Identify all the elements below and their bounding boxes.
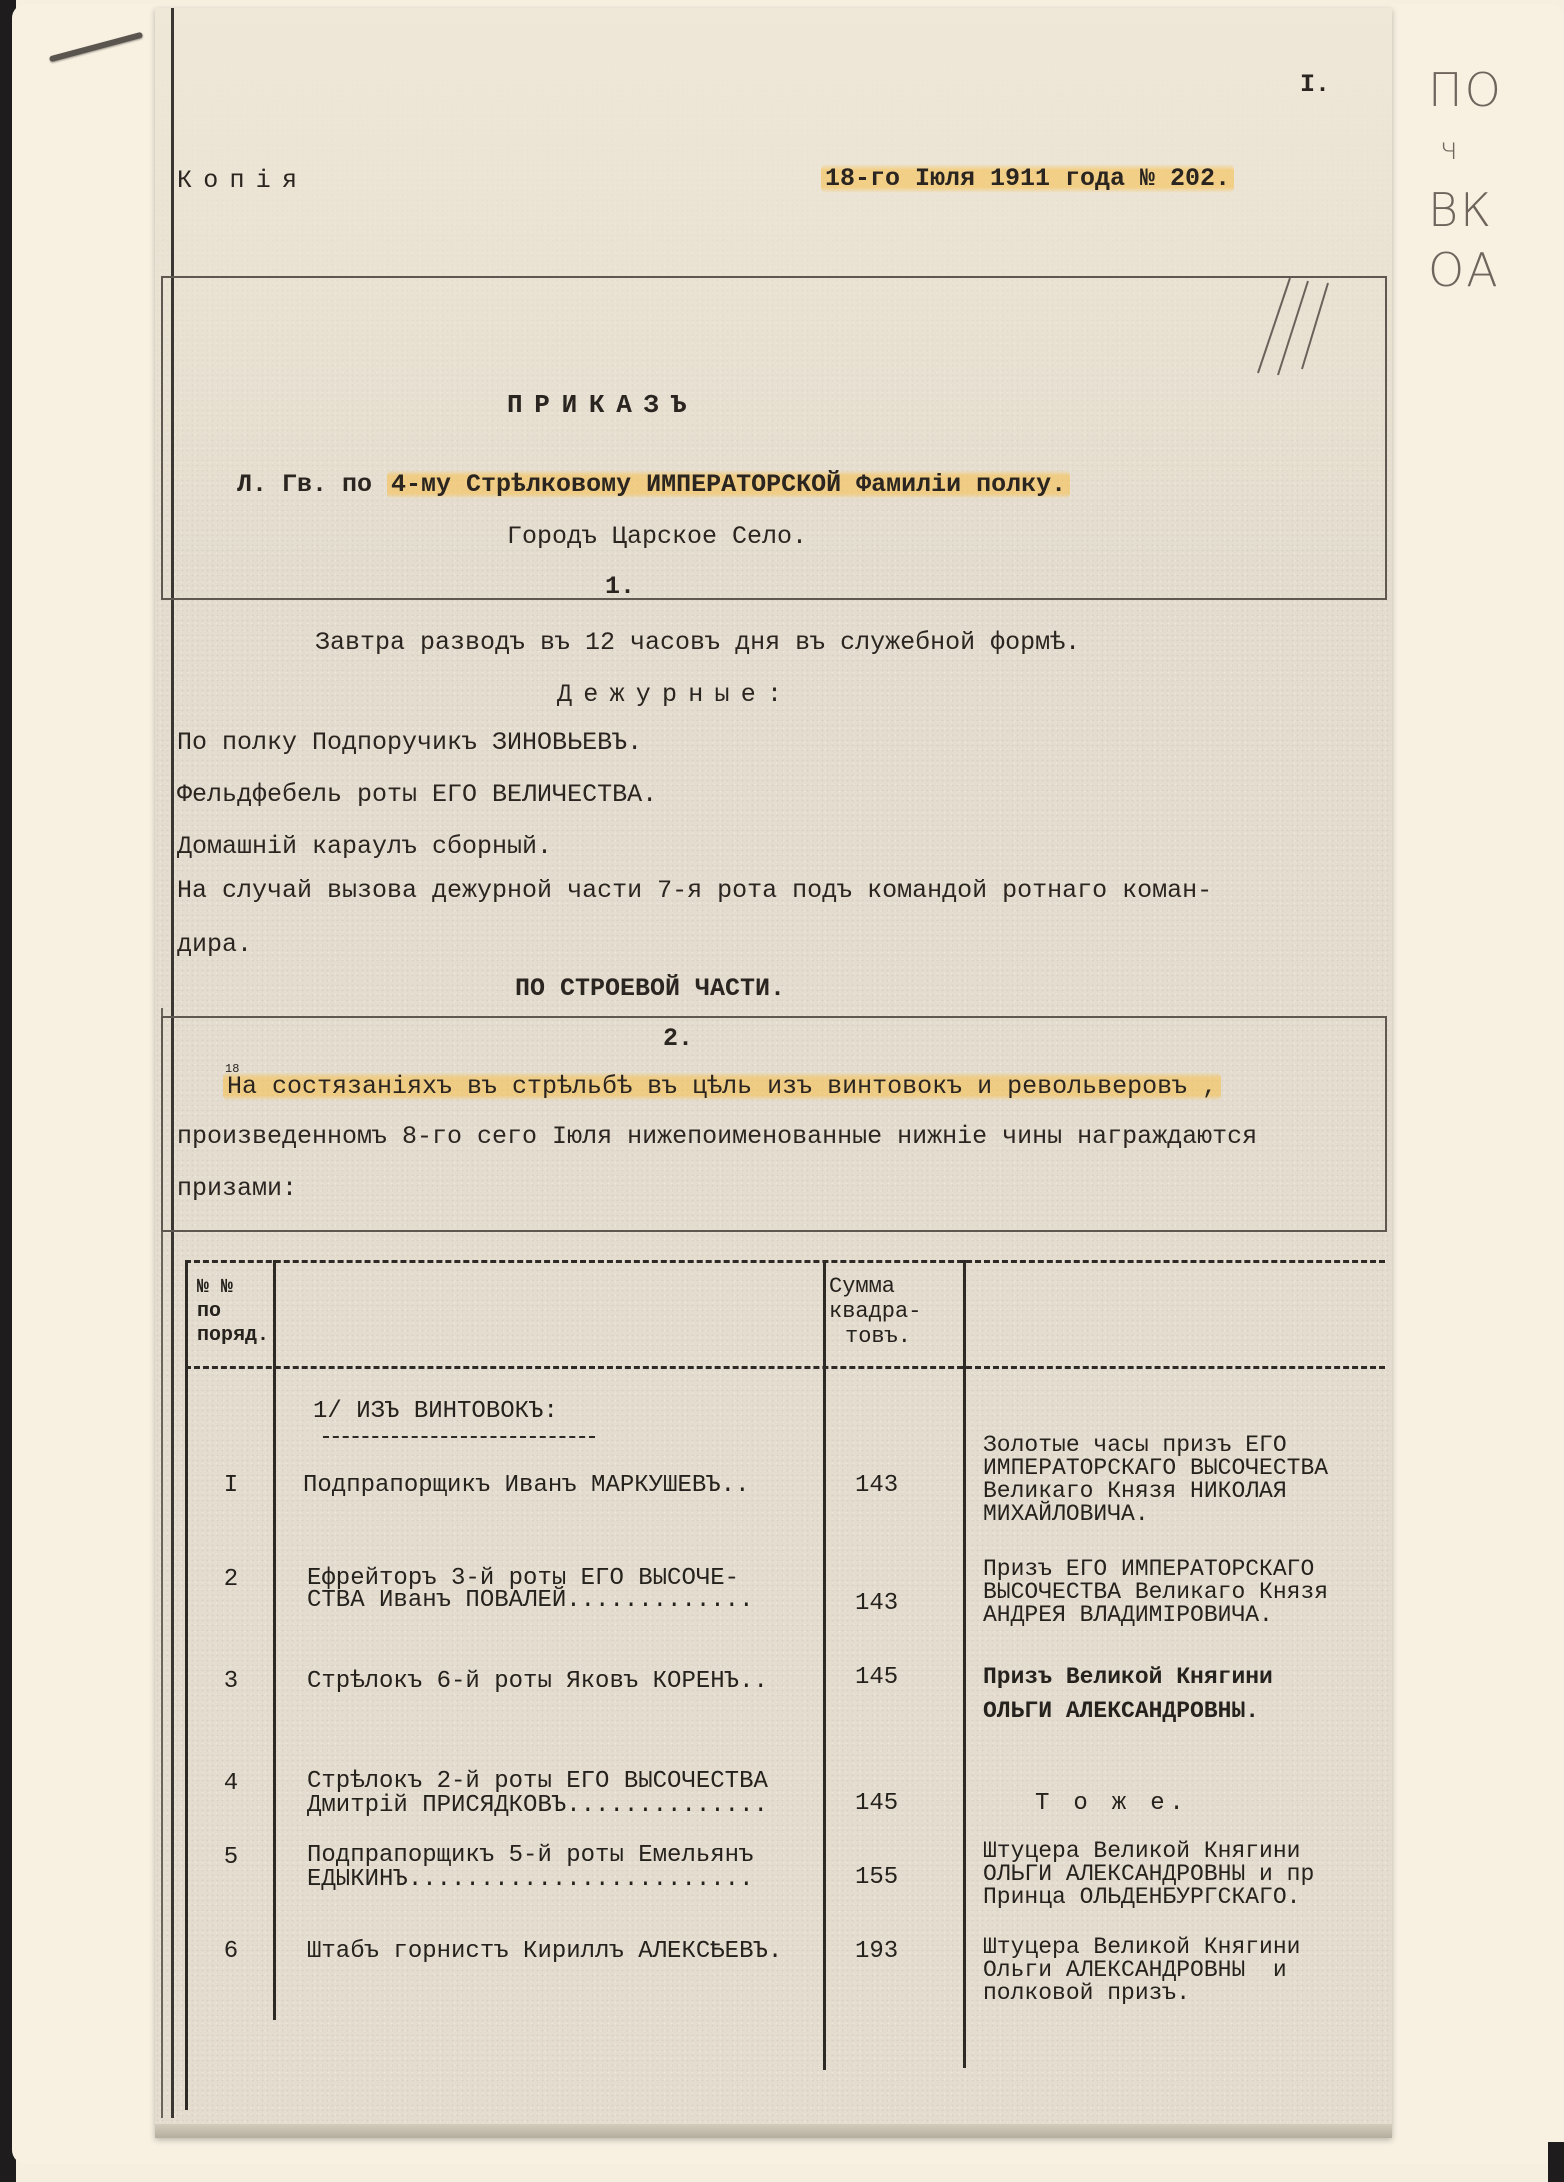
row-name: Стрѣлокъ 6-й роты Яковъ КОРЕНЪ..	[307, 1668, 768, 1695]
row-prize: Призъ Великой Княгини ОЛЬГИ АЛЕКСАНДРОВН…	[983, 1660, 1273, 1728]
row-name: Ефрейторъ 3-й роты ЕГО ВЫСОЧЕ- СТВА Иван…	[307, 1568, 753, 1612]
row-name: Подпрапорщикъ Иванъ МАРКУШЕВЪ..	[303, 1472, 749, 1499]
row-prize: Штуцера Великой Княгини Ольги АЛЕКСАНДРО…	[983, 1936, 1300, 2005]
duty-heading: Дежурные:	[557, 680, 793, 710]
order-date-text: 18-го Іюля 1911 года № 202.	[821, 164, 1234, 193]
sheet-bottom-edge	[155, 2124, 1392, 2138]
duty-line: На случай вызова дежурной части 7-я рота…	[177, 876, 1212, 906]
row-sum: 145	[855, 1664, 898, 1691]
section2-line2: произведенномъ 8-го сего Іюля нижепоимен…	[177, 1122, 1257, 1152]
duty-line: дира.	[177, 930, 252, 960]
document-title: ПРИКАЗЪ	[507, 390, 698, 420]
regiment-name: 4-му Стрѣлковому ИМПЕРАТОРСКОЙ Фамиліи п…	[387, 470, 1070, 499]
duty-line: Домашній караулъ сборный.	[177, 832, 552, 862]
row-name: Штабъ горнистъ Кириллъ АЛЕКСѢЕВЪ.	[307, 1938, 782, 1965]
row-number: 4	[191, 1770, 271, 1797]
table-col-line	[963, 1260, 966, 2068]
pencil-note-line: ОА	[1428, 240, 1538, 300]
row-number: 5	[191, 1844, 271, 1871]
table-top-rule	[185, 1260, 1385, 1263]
duty-line: По полку Подпоручикъ ЗИНОВЬЕВЪ.	[177, 728, 642, 758]
row-number: 2	[191, 1566, 271, 1593]
row-prize: Т о ж е.	[1035, 1790, 1189, 1817]
city-line: Городъ Царское Село.	[507, 522, 807, 552]
page-number: I.	[1300, 70, 1330, 100]
section1-number: 1.	[605, 572, 635, 602]
document-sheet: I. Копія 18-го Іюля 1911 года № 202. ПРИ…	[155, 8, 1392, 2138]
pencil-note-line: ПО	[1428, 60, 1538, 120]
section2-highlight: На состязаніяхъ въ стрѣльбѣ въ цѣль изъ …	[223, 1072, 1221, 1101]
row-name: Стрѣлокъ 2-й роты ЕГО ВЫСОЧЕСТВА Дмитрій…	[307, 1770, 768, 1818]
background-corner	[1548, 2142, 1564, 2182]
row-prize: Штуцера Великой Княгини ОЛЬГИ АЛЕКСАНДРО…	[983, 1840, 1314, 1909]
table-col-line	[273, 1260, 276, 2020]
pencil-note: ПО ч ВК ОА	[1428, 60, 1538, 300]
row-name: Подпрапорщикъ 5-й роты Емельянъ ЕДЫКИНЪ.…	[307, 1844, 753, 1892]
row-sum: 143	[855, 1472, 898, 1499]
row-number: 6	[191, 1938, 271, 1965]
regiment-prefix: Л. Гв. по	[237, 470, 387, 499]
section2-line1: На состязаніяхъ въ стрѣльбѣ въ цѣль изъ …	[223, 1072, 1221, 1102]
table-header-rule	[185, 1366, 1385, 1369]
section2-number: 2.	[663, 1024, 693, 1054]
row-sum: 193	[855, 1938, 898, 1965]
row-sum: 145	[855, 1790, 898, 1817]
header-sum: Суммаквадра-товъ.	[829, 1274, 921, 1349]
regiment-line: Л. Гв. по 4-му Стрѣлковому ИМПЕРАТОРСКОЙ…	[237, 470, 1070, 500]
order-date: 18-го Іюля 1911 года № 202.	[821, 164, 1234, 194]
row-prize: Золотые часы призъ ЕГО ИМПЕРАТОРСКАГО ВЫ…	[983, 1434, 1328, 1526]
row-sum: 155	[855, 1864, 898, 1891]
row-prize: Призъ ЕГО ИМПЕРАТОРСКАГО ВЫСОЧЕСТВА Вели…	[983, 1558, 1328, 1627]
pencil-note-line: ч	[1428, 120, 1538, 180]
table-col-line	[823, 1260, 826, 2070]
header-number: № №попоряд.	[197, 1276, 269, 1348]
combat-part-heading: ПО СТРОЕВОЙ ЧАСТИ.	[515, 974, 785, 1004]
row-sum: 143	[855, 1590, 898, 1617]
duty-line: Фельдфебель роты ЕГО ВЕЛИЧЕСТВА.	[177, 780, 657, 810]
copy-label: Копія	[177, 166, 308, 196]
section2-line3: призами:	[177, 1174, 297, 1204]
row-number: I	[191, 1472, 271, 1499]
pencil-note-line: ВК	[1428, 180, 1538, 240]
row-number: 3	[191, 1668, 271, 1695]
table-col-line	[185, 1260, 188, 2110]
subheading-underline	[323, 1436, 595, 1438]
table-subheading: 1/ ИЗЪ ВИНТОВОКЪ:	[313, 1398, 558, 1425]
section1-text: Завтра разводъ въ 12 часовъ дня въ служе…	[315, 628, 1080, 658]
